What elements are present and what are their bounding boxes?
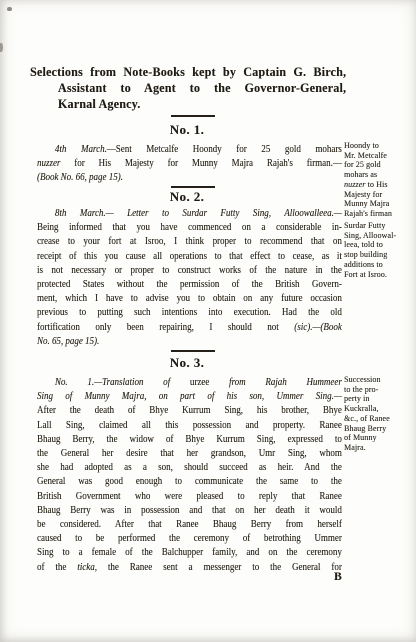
text-line: she had adopted as a son, should succeed…	[37, 460, 342, 474]
text-line: Succession	[344, 375, 414, 385]
italic-text: (sic).—(Book	[294, 321, 342, 333]
text-segment: of Munny	[344, 433, 377, 442]
text-line: stop building	[344, 250, 414, 260]
text-segment: fortification only been repairing, I sho…	[37, 321, 294, 333]
text-line: caused to be performed the ceremony of b…	[37, 531, 342, 545]
text-segment: Lall Sing, claimed all this possession a…	[37, 419, 342, 431]
text-line: Sing to a female of the Balchupper famil…	[37, 545, 342, 559]
text-line: No. 1.—Translation of urzee from Rajah H…	[37, 375, 342, 389]
text-line: nuzzer to His	[344, 180, 414, 190]
section-divider	[171, 186, 215, 188]
text-line: perty in	[344, 394, 414, 404]
text-line: the General her desire that her grandson…	[37, 446, 342, 460]
text-line: Bhaug Berry was in possession and that o…	[37, 503, 342, 517]
italic-text: 4th March.	[55, 143, 107, 155]
text-line: of the ticka, the Ranee sent a messenger…	[37, 560, 342, 574]
text-line: previous to putting such intentions into…	[37, 305, 342, 319]
text-line: &c., of Ranee	[344, 414, 414, 424]
text-segment: protected States without the permission …	[37, 278, 342, 290]
italic-text: No. 1.—Translation of	[55, 376, 190, 388]
text-line: leea, told to	[344, 240, 414, 250]
text-line: No. 65, page 15).	[37, 334, 342, 348]
text-segment: to His	[366, 180, 388, 189]
entry-paragraph: No. 1.—Translation of urzee from Rajah H…	[37, 375, 342, 574]
scan-speck	[0, 43, 3, 52]
scan-speck	[7, 7, 12, 11]
text-line: nuzzer for His Majesty for Munny Majra R…	[37, 156, 342, 170]
title-line: Assistant to Agent to the Governor-Gener…	[30, 80, 346, 96]
text-segment: Rajah's firman	[344, 209, 392, 218]
text-segment: Majra.	[344, 443, 366, 452]
text-line: Sing, Alloowal-	[344, 231, 414, 241]
italic-text: (Book No. 66, page 15).	[37, 171, 123, 183]
italic-text: Sing of Munny Majra, on part of his son,…	[37, 390, 342, 402]
text-segment: Bhaug Berry was in possession and that o…	[37, 504, 342, 516]
text-segment: stop building	[344, 250, 387, 259]
italic-text: nuzzer	[37, 157, 60, 169]
text-line: Majesty for	[344, 190, 414, 200]
text-segment: Bhaug Berry, the widow of Bhye Kurrum Si…	[37, 433, 342, 445]
section-divider	[171, 115, 215, 117]
text-line: protected States without the permission …	[37, 277, 342, 291]
text-segment: for His Majesty for Munny Majra Rajah's …	[60, 157, 341, 169]
italic-text: nuzzer	[344, 180, 366, 189]
text-segment: Munny Majra	[344, 199, 389, 208]
text-segment: perty in	[344, 394, 369, 403]
italic-text: ticka	[77, 561, 94, 573]
text-line: ment, which I have to advise you to obta…	[37, 291, 342, 305]
text-segment: Surdar Futty	[344, 221, 385, 230]
text-segment: General was good enough to communicate t…	[37, 475, 342, 487]
text-segment: of the	[37, 561, 77, 573]
text-line: Lall Sing, claimed all this possession a…	[37, 418, 342, 432]
text-segment: crease to your fort at Isroo, I think pr…	[37, 235, 342, 247]
entry-paragraph: 8th March.— Letter to Surdar Futty Sing,…	[37, 206, 342, 348]
text-segment: After the death of Bhye Kurrum Sing, his…	[37, 404, 342, 416]
text-segment: Mr. Metcalfe	[344, 151, 387, 160]
margin-note: Surdar FuttySing, Alloowal-leea, told to…	[344, 221, 414, 279]
text-segment: Being informed that you have commenced o…	[37, 221, 342, 233]
text-line: Fort at Isroo.	[344, 270, 414, 280]
text-segment: caused to be performed the ceremony of b…	[37, 532, 342, 544]
text-segment: to the pro-	[344, 385, 378, 394]
text-segment: ment, which I have to advise you to obta…	[37, 292, 342, 304]
text-line: to the pro-	[344, 385, 414, 395]
text-segment: for 25 gold	[344, 160, 381, 169]
text-line: Being informed that you have commenced o…	[37, 220, 342, 234]
text-line: (Book No. 66, page 15).	[37, 170, 342, 184]
text-line: British Government who were pleased to r…	[37, 489, 342, 503]
text-segment: &c., of Ranee	[344, 414, 390, 423]
text-line: Sing of Munny Majra, on part of his son,…	[37, 389, 342, 403]
text-line: for 25 gold	[344, 160, 414, 170]
section-heading: No. 3.	[37, 355, 337, 370]
title-line: Selections from Note-Books kept by Capta…	[30, 64, 346, 80]
text-line: of Munny	[344, 433, 414, 443]
title-line: Karnal Agency.	[30, 96, 346, 112]
section-heading: No. 1.	[37, 122, 337, 137]
text-line: After the death of Bhye Kurrum Sing, his…	[37, 403, 342, 417]
page-title: Selections from Note-Books kept by Capta…	[30, 64, 346, 111]
text-line: is not necessary or proper to construct …	[37, 263, 342, 277]
entry-paragraph: 4th March.—Sent Metcalfe Hoondy for 25 g…	[37, 142, 342, 185]
italic-text: No. 65, page 15).	[37, 335, 99, 347]
text-line: 4th March.—Sent Metcalfe Hoondy for 25 g…	[37, 142, 342, 156]
text-line: 8th March.— Letter to Surdar Futty Sing,…	[37, 206, 342, 220]
text-segment: Fort at Isroo.	[344, 270, 387, 279]
text-segment: , the Ranee sent a messenger to the Gene…	[95, 561, 342, 573]
text-segment: urzee	[190, 376, 209, 388]
text-line: Bhaug Berry, the widow of Bhye Kurrum Si…	[37, 432, 342, 446]
section-heading: No. 2.	[37, 189, 337, 204]
text-line: Surdar Futty	[344, 221, 414, 231]
scanned-book-page: Selections from Note-Books kept by Capta…	[0, 0, 416, 642]
text-segment: be considered. After that Ranee Bhaug Be…	[37, 518, 342, 530]
section-divider	[171, 350, 215, 352]
text-segment: Kuckralla,	[344, 404, 379, 413]
text-segment: Sing, Alloowal-	[344, 231, 396, 240]
margin-note: Successionto the pro-perty inKuckralla,&…	[344, 375, 414, 453]
text-segment: Sing to a female of the Balchupper famil…	[37, 546, 342, 558]
text-segment: Hoondy to	[344, 141, 379, 150]
text-line: mohars as	[344, 170, 414, 180]
italic-text: 8th March.— Letter to Surdar Futty Sing,…	[55, 207, 342, 219]
text-segment: leea, told to	[344, 240, 383, 249]
text-line: Bhaug Berry	[344, 424, 414, 434]
margin-note: Hoondy toMr. Metcalfefor 25 goldmohars a…	[344, 141, 414, 219]
printer-signature: B	[334, 571, 342, 583]
text-line: crease to your fort at Isroo, I think pr…	[37, 234, 342, 248]
text-line: Rajah's firman	[344, 209, 414, 219]
text-line: Hoondy to	[344, 141, 414, 151]
text-segment: Bhaug Berry	[344, 424, 386, 433]
text-segment: previous to putting such intentions into…	[37, 306, 342, 318]
text-line: Mr. Metcalfe	[344, 151, 414, 161]
text-segment: is not necessary or proper to construct …	[37, 264, 342, 276]
text-segment: mohars as	[344, 170, 377, 179]
text-segment: Majesty for	[344, 190, 382, 199]
text-line: fortification only been repairing, I sho…	[37, 320, 342, 334]
text-line: be considered. After that Ranee Bhaug Be…	[37, 517, 342, 531]
text-segment: the General her desire that her grandson…	[37, 447, 342, 459]
text-line: additions to	[344, 260, 414, 270]
text-segment: receipt of this you cause all operations…	[37, 250, 342, 262]
text-segment: Succession	[344, 375, 381, 384]
text-segment: additions to	[344, 260, 383, 269]
text-segment: she had adopted as a son, should succeed…	[37, 461, 342, 473]
text-line: Kuckralla,	[344, 404, 414, 414]
text-line: receipt of this you cause all operations…	[37, 249, 342, 263]
text-line: General was good enough to communicate t…	[37, 474, 342, 488]
text-segment: British Government who were pleased to r…	[37, 490, 342, 502]
italic-text: from Rajah Hummeer	[209, 376, 342, 388]
text-line: Munny Majra	[344, 199, 414, 209]
text-line: Majra.	[344, 443, 414, 453]
text-segment: —Sent Metcalfe Hoondy for 25 gold mohars	[107, 143, 342, 155]
